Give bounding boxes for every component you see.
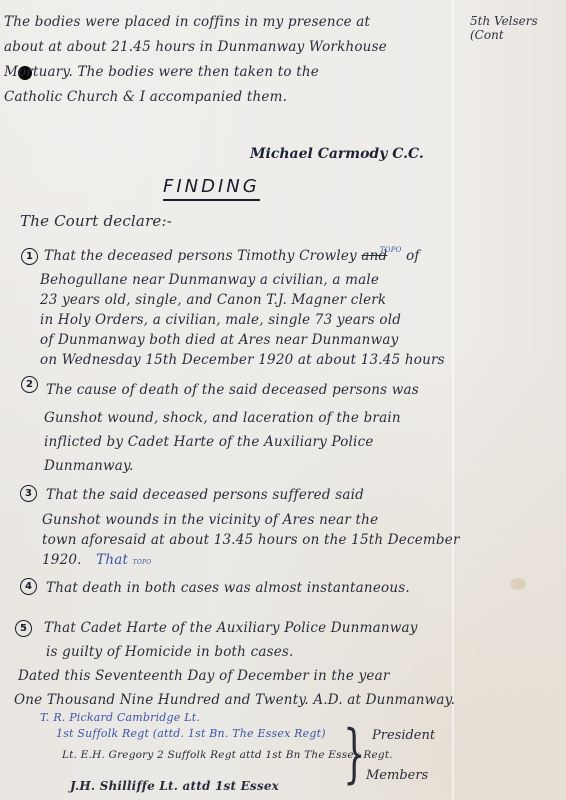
finding-1-line-4: in Holy Orders, a civilian, male, single… [40, 314, 401, 328]
finding-number-2: 2 [21, 376, 38, 393]
corner-note: 5th Velsers (Cont [470, 14, 566, 42]
finding-3-line-2: Gunshot wounds in the vicinity of Ares n… [42, 514, 378, 528]
opening-line-2: about at about 21.45 hours in Dunmanway … [4, 41, 387, 55]
finding-number-3: 3 [20, 485, 37, 502]
opening-line-1: The bodies were placed in coffins in my … [4, 16, 370, 30]
finding-2-line-3: inflicted by Cadet Harte of the Auxiliar… [44, 436, 374, 450]
finding-heading: FINDING [163, 176, 260, 201]
finding-5-line-1: That Cadet Harte of the Auxiliary Police… [44, 622, 418, 636]
finding-number-1: 1 [21, 248, 38, 265]
opening-line-3: Mortuary. The bodies were then taken to … [4, 66, 319, 80]
members-brace: } [343, 722, 365, 786]
scanned-document-page: 5th Velsers (Cont The bodies were placed… [0, 0, 566, 800]
finding-1-line-6: on Wednesday 15th December 1920 at about… [40, 354, 445, 368]
president-signature-line-2: 1st Suffolk Regt (attd. 1st Bn. The Esse… [56, 728, 326, 739]
finding-1-line-2: Behogullane near Dunmanway a civilian, a… [40, 274, 379, 288]
president-label: President [372, 728, 435, 743]
finding-4-line-1: That death in both cases was almost inst… [46, 582, 410, 596]
finding-1-text: That the deceased persons Timothy Crowle… [44, 248, 357, 264]
president-signature-line-1: T. R. Pickard Cambridge Lt. [40, 712, 200, 723]
inserted-note: TOPO [380, 246, 402, 254]
opening-line-4: Catholic Church & I accompanied them. [4, 91, 287, 105]
dated-line-1: Dated this Seventeenth Day of December i… [18, 670, 390, 684]
finding-1-line-3: 23 years old, single, and Canon T.J. Mag… [40, 294, 386, 308]
inserted-word: That [96, 552, 128, 568]
finding-3-line-1: That the said deceased persons suffered … [46, 489, 364, 503]
finding-3-year: 1920. [42, 552, 82, 568]
court-declare-intro: The Court declare:- [20, 214, 172, 229]
paper-stain [510, 578, 526, 590]
finding-number-5: 5 [15, 620, 32, 637]
finding-5-line-2: is guilty of Homicide in both cases. [46, 646, 294, 660]
paper-fold-line [452, 0, 454, 800]
finding-1-continued: of [406, 248, 420, 264]
finding-2-line-1: The cause of death of the said deceased … [46, 384, 419, 398]
finding-3-line-4: 1920. That TOPO [42, 554, 151, 568]
finding-2-line-2: Gunshot wound, shock, and laceration of … [44, 412, 401, 426]
witness-signature: Michael Carmody C.C. [250, 146, 424, 162]
finding-3-line-3: town aforesaid at about 13.45 hours on t… [42, 534, 460, 548]
finding-number-4: 4 [20, 578, 37, 595]
dated-line-2: One Thousand Nine Hundred and Twenty. A.… [14, 694, 455, 708]
member-2-signature: J.H. Shilliffe Lt. attd 1st Essex [70, 780, 279, 792]
finding-1-line-1: That the deceased persons Timothy Crowle… [44, 250, 420, 264]
inserted-note-3: TOPO [133, 559, 152, 566]
members-label: Members [366, 768, 428, 783]
finding-2-line-4: Dunmanway. [44, 460, 134, 474]
finding-1-line-5: of Dunmanway both died at Ares near Dunm… [40, 334, 398, 348]
